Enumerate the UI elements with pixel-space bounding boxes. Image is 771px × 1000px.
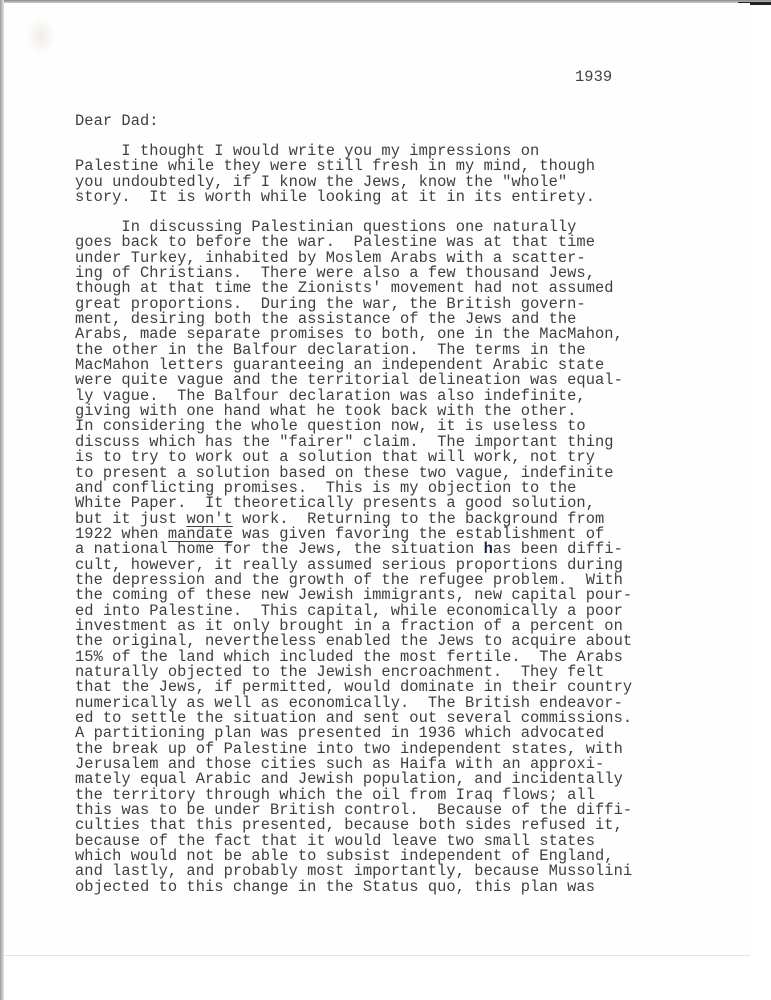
text-line: objected to this change in the Status qu… [75,880,632,895]
paragraph-1: I thought I would write you my impressio… [75,144,595,205]
letter-date: 1939 [575,68,612,86]
paragraph-2: In discussing Palestinian questions one … [75,220,632,895]
salutation: Dear Dad: [75,112,159,130]
text-line: story. It is worth while looking at it i… [75,190,595,205]
paper-stain [26,17,56,55]
